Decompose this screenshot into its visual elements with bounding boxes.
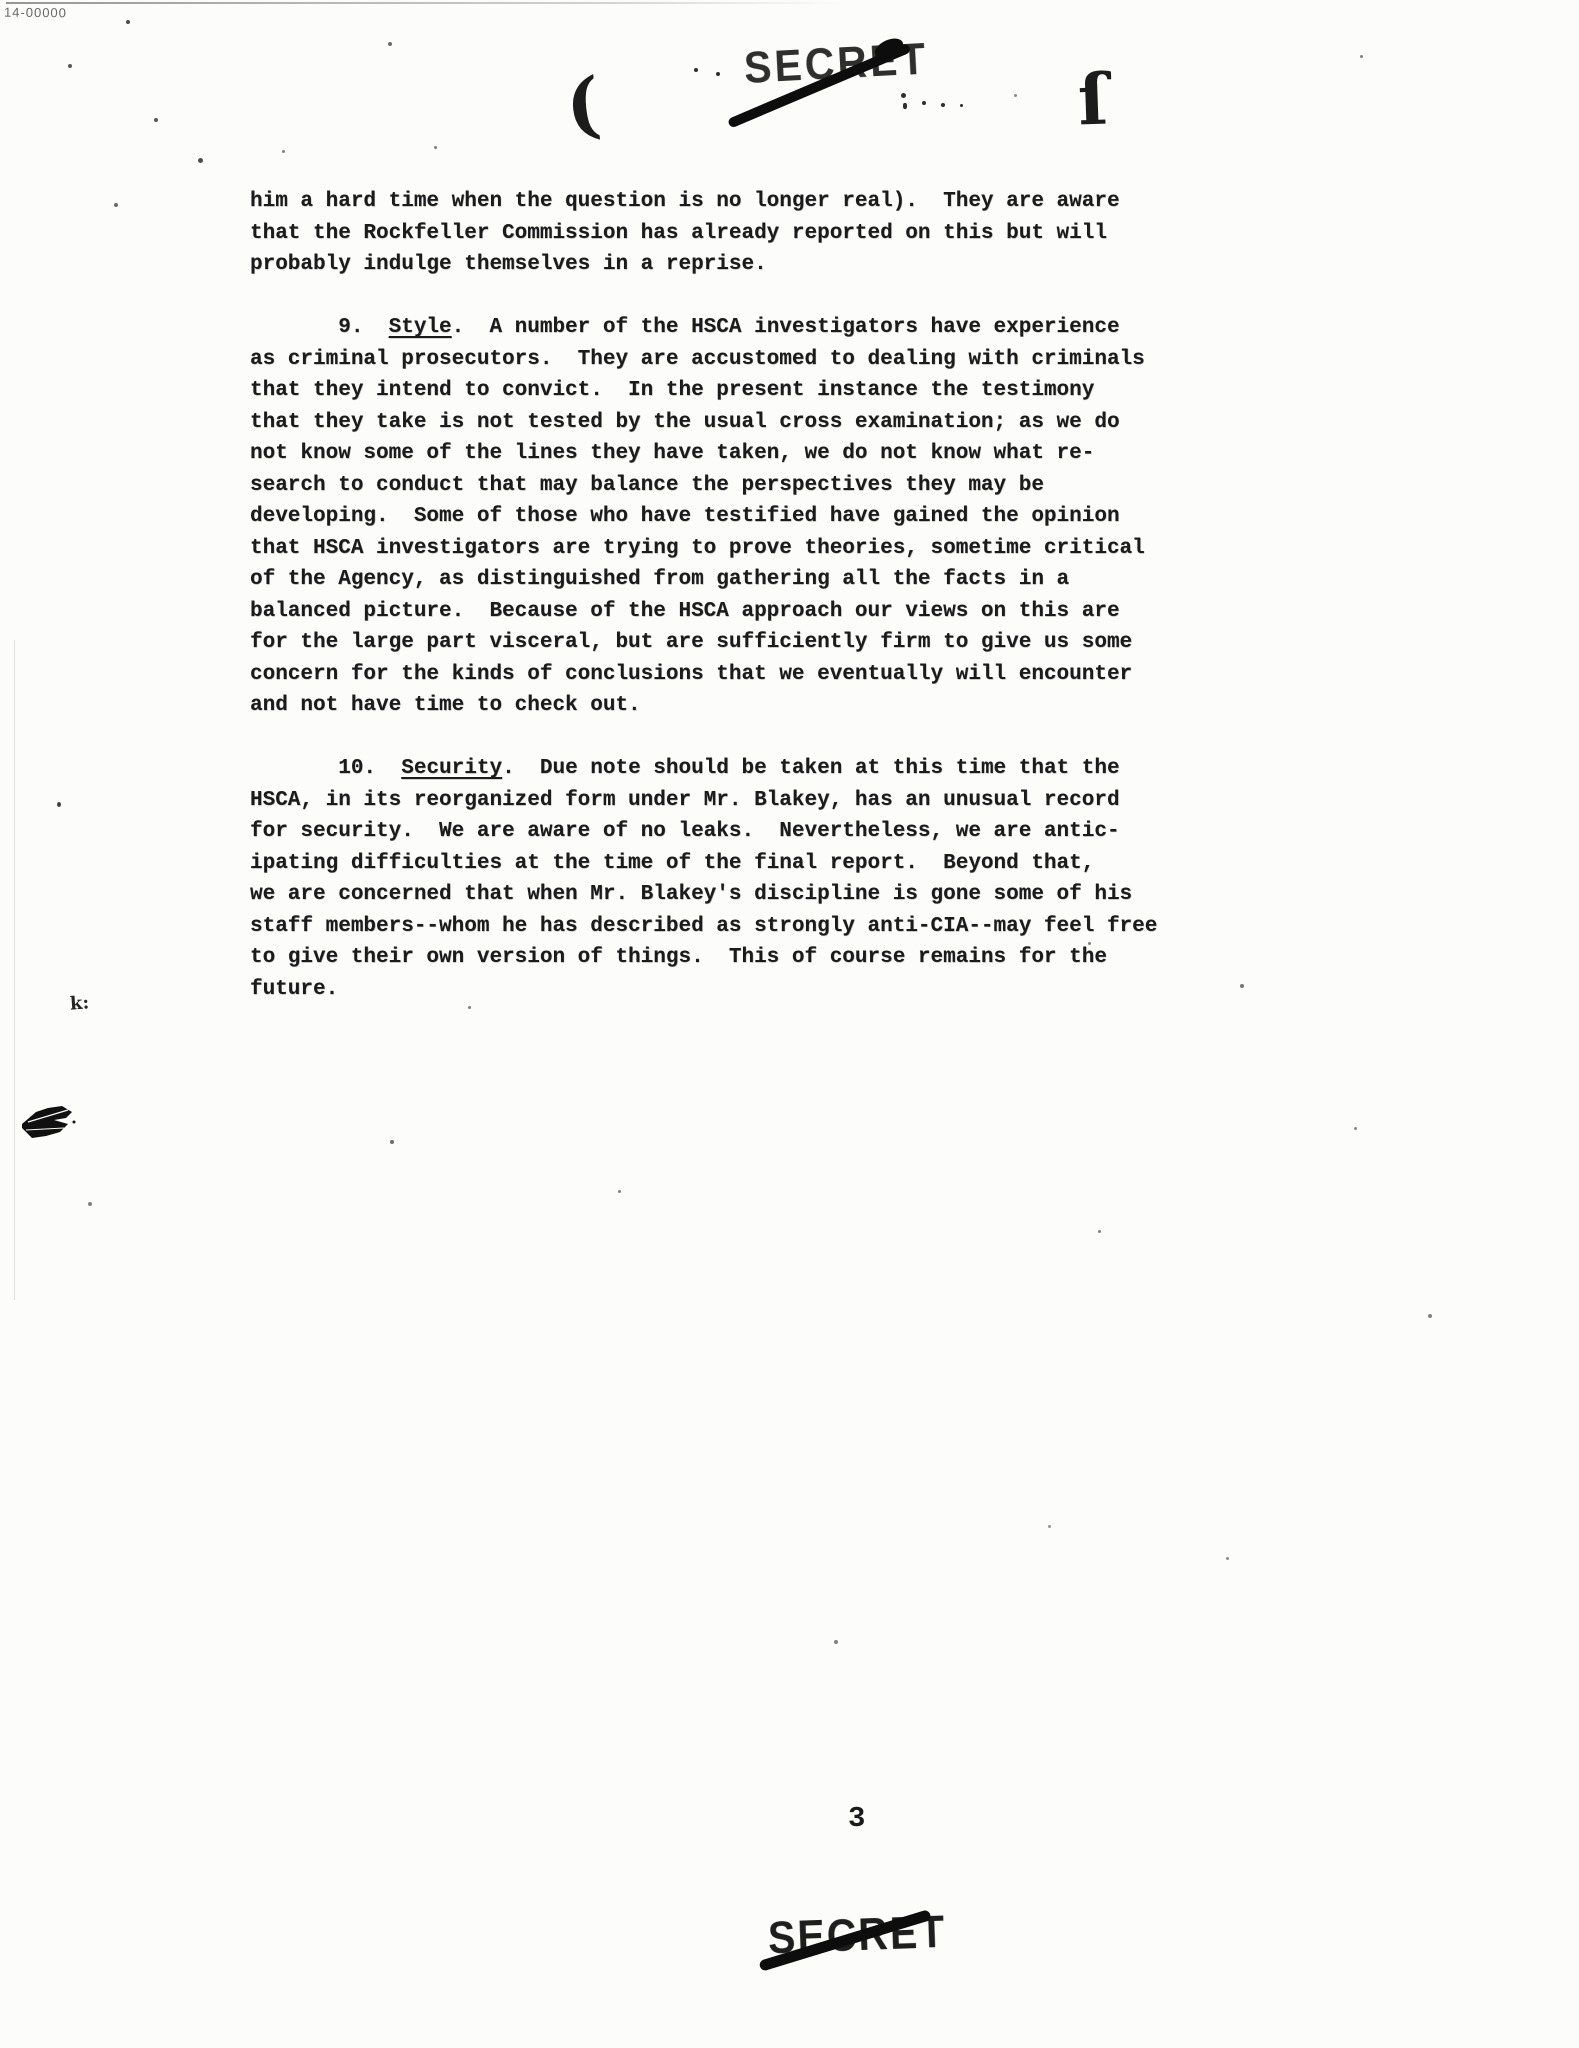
- text-segment: for security. We are aware of no leaks. …: [250, 820, 1120, 843]
- text-segment: . A number of the HSCA investigators hav…: [452, 316, 1120, 339]
- text-segment: future.: [250, 978, 338, 1001]
- text-line: ipating difficulties at the time of the …: [250, 848, 1210, 880]
- text-line: that HSCA investigators are trying to pr…: [250, 533, 1210, 565]
- ink-speck: [68, 64, 72, 68]
- ink-speck: [1360, 55, 1363, 58]
- text-segment: Style: [389, 316, 452, 339]
- text-line: staff members--whom he has described as …: [250, 911, 1210, 943]
- ink-speck: [1048, 1525, 1051, 1528]
- ink-speck: [1354, 1127, 1357, 1130]
- text-segment: staff members--whom he has described as …: [250, 915, 1157, 938]
- text-segment: balanced picture. Because of the HSCA ap…: [250, 600, 1120, 623]
- ink-speck: [390, 1140, 394, 1144]
- text-line: to give their own version of things. Thi…: [250, 942, 1210, 974]
- text-line: developing. Some of those who have testi…: [250, 501, 1210, 533]
- text-line: that they take is not tested by the usua…: [250, 407, 1210, 439]
- text-segment: him a hard time when the question is no …: [250, 190, 1120, 213]
- margin-mark: k:: [69, 992, 90, 1014]
- text-segment: not know some of the lines they have tak…: [250, 442, 1094, 465]
- ink-speck: [154, 118, 158, 122]
- text-segment: probably indulge themselves in a reprise…: [250, 253, 767, 276]
- text-line: that the Rockfeller Commission has alrea…: [250, 218, 1210, 250]
- ink-speck: [468, 1006, 471, 1009]
- ink-speck: [834, 1640, 838, 1644]
- text-segment: that HSCA investigators are trying to pr…: [250, 537, 1145, 560]
- text-segment: concern for the kinds of conclusions tha…: [250, 663, 1132, 686]
- ink-speck: [57, 802, 61, 807]
- ink-speck: [282, 150, 285, 153]
- text-line: concern for the kinds of conclusions tha…: [250, 659, 1210, 691]
- text-line: HSCA, in its reorganized form under Mr. …: [250, 785, 1210, 817]
- ink-dot: [960, 104, 963, 107]
- text-line: of the Agency, as distinguished from gat…: [250, 564, 1210, 596]
- text-segment: that the Rockfeller Commission has alrea…: [250, 222, 1107, 245]
- text-segment: developing. Some of those who have testi…: [250, 505, 1120, 528]
- text-segment: search to conduct that may balance the p…: [250, 474, 1044, 497]
- text-segment: that they take is not tested by the usua…: [250, 411, 1120, 434]
- ink-speck: [1240, 984, 1244, 988]
- scan-fold-line: [14, 640, 15, 1300]
- ink-dot: [903, 103, 907, 109]
- ink-speck: [126, 20, 130, 24]
- ink-dot: [901, 93, 906, 98]
- ink-dot: [941, 103, 945, 107]
- text-segment: for the large part visceral, but are suf…: [250, 631, 1132, 654]
- paragraph-intro-continuation: him a hard time when the question is no …: [250, 186, 1210, 281]
- ink-dot: [922, 101, 926, 105]
- text-line: balanced picture. Because of the HSCA ap…: [250, 596, 1210, 628]
- text-segment: as criminal prosecutors. They are accust…: [250, 348, 1145, 371]
- text-line: and not have time to check out.: [250, 690, 1210, 722]
- document-text: him a hard time when the question is no …: [250, 186, 1210, 1037]
- text-line: probably indulge themselves in a reprise…: [250, 249, 1210, 281]
- text-segment: 9.: [250, 316, 389, 339]
- page-number: 3: [848, 1802, 865, 1835]
- text-segment: HSCA, in its reorganized form under Mr. …: [250, 789, 1120, 812]
- ink-dot: [694, 68, 698, 72]
- corner-code: 14-00000: [4, 5, 67, 21]
- text-segment: Security: [401, 757, 502, 780]
- scan-artifact-line: [6, 2, 866, 4]
- ink-speck: [1098, 1230, 1101, 1233]
- text-line: not know some of the lines they have tak…: [250, 438, 1210, 470]
- text-segment: ipating difficulties at the time of the …: [250, 852, 1094, 875]
- ink-speck: [434, 146, 437, 149]
- ink-speck: [388, 42, 392, 46]
- text-line: future.: [250, 974, 1210, 1006]
- text-line: that they intend to convict. In the pres…: [250, 375, 1210, 407]
- ink-speck: [198, 158, 203, 163]
- text-line: as criminal prosecutors. They are accust…: [250, 344, 1210, 376]
- text-line: for security. We are aware of no leaks. …: [250, 816, 1210, 848]
- text-line: we are concerned that when Mr. Blakey's …: [250, 879, 1210, 911]
- ink-speck: [88, 1202, 92, 1206]
- ink-speck: [1088, 942, 1091, 945]
- text-segment: . Due note should be taken at this time …: [502, 757, 1120, 780]
- ink-speck: [1014, 94, 1017, 97]
- text-segment: that they intend to convict. In the pres…: [250, 379, 1094, 402]
- ink-speck: [114, 203, 118, 207]
- text-segment: of the Agency, as distinguished from gat…: [250, 568, 1069, 591]
- text-line: search to conduct that may balance the p…: [250, 470, 1210, 502]
- ink-smudge: [18, 1098, 78, 1150]
- ink-speck: [618, 1190, 621, 1193]
- text-segment: we are concerned that when Mr. Blakey's …: [250, 883, 1132, 906]
- text-line: for the large part visceral, but are suf…: [250, 627, 1210, 659]
- scanned-document-page: 14-00000 SECRET ( ſ him a hard time when…: [0, 0, 1579, 2048]
- ink-dot: [716, 72, 720, 76]
- pen-mark-right: ſ: [1077, 57, 1110, 141]
- ink-speck: [1428, 1314, 1432, 1318]
- text-segment: and not have time to check out.: [250, 694, 641, 717]
- text-line: 10. Security. Due note should be taken a…: [250, 753, 1210, 785]
- text-segment: 10.: [250, 757, 401, 780]
- paragraph-para-10-security: 10. Security. Due note should be taken a…: [250, 753, 1210, 1005]
- ink-speck: [1226, 1557, 1229, 1560]
- text-segment: to give their own version of things. Thi…: [250, 946, 1107, 969]
- paragraph-para-9-style: 9. Style. A number of the HSCA investiga…: [250, 312, 1210, 722]
- text-line: him a hard time when the question is no …: [250, 186, 1210, 218]
- text-line: 9. Style. A number of the HSCA investiga…: [250, 312, 1210, 344]
- pen-mark-left: (: [562, 60, 605, 148]
